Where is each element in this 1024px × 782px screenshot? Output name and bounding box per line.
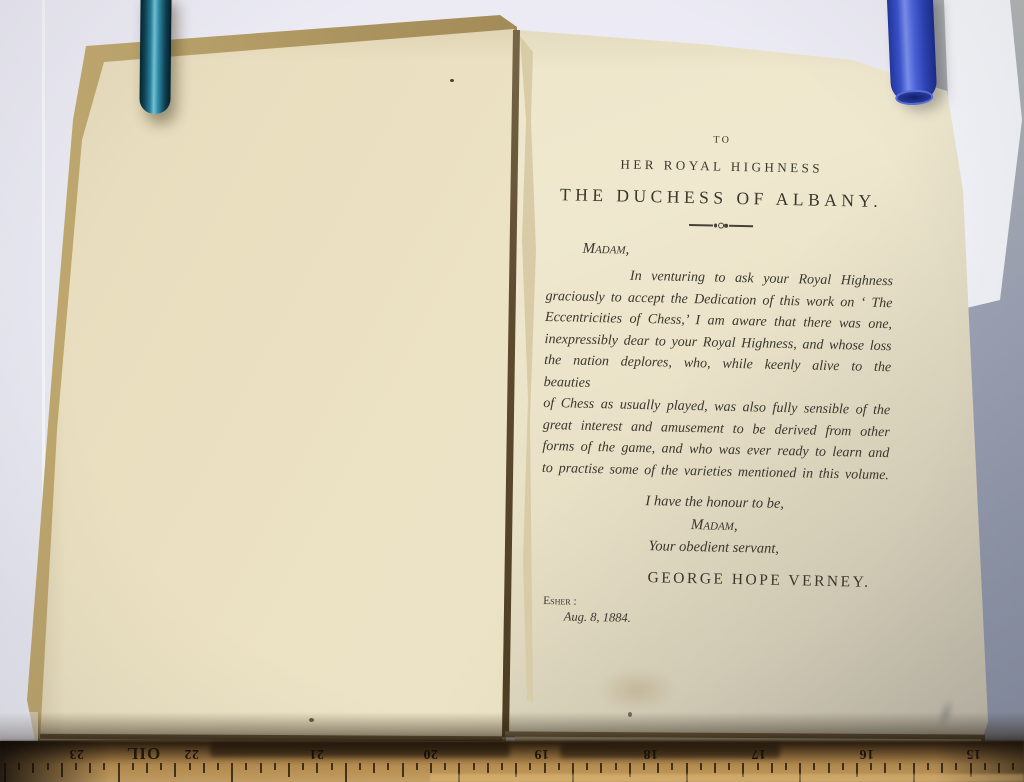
signature: GEORGE HOPE VERNEY. [540,566,887,591]
closing-block: I have the honour to be, Madam, Your obe… [540,488,888,563]
ruler-bevel-highlight [430,774,1024,782]
ruler-dark-end [0,741,110,782]
ruler-tick [231,763,233,782]
dedication-body: In venturing to ask your Royal Highnessg… [542,264,893,486]
photo-scene: TO HER ROYAL HIGHNESS THE DUCHESS OF ALB… [0,0,1024,782]
blue-pen-cap [887,0,938,103]
ruler-tick [288,763,290,777]
ruler-shadow-overlay [0,741,1024,765]
page-speck [450,79,454,82]
ruler-tick [174,763,176,777]
dedicatee-line2: THE DUCHESS OF ALBANY. [547,184,894,212]
printer-ornament [688,218,752,231]
page-stain [598,668,676,712]
teal-pen-cap [139,0,171,114]
salutation: Madam, [546,240,893,264]
wooden-ruler: 232221201918171615OIL [0,741,1024,782]
ruler-tick [402,763,404,777]
ruler-tick [118,763,120,782]
ruler-tick [345,763,347,782]
dedicatee-line1: HER ROYAL HIGHNESS [548,155,895,178]
dedication-text-block: TO HER ROYAL HIGHNESS THE DUCHESS OF ALB… [539,131,896,631]
dedication-body-line: the nation deplores, who, while keenly a… [544,350,892,400]
